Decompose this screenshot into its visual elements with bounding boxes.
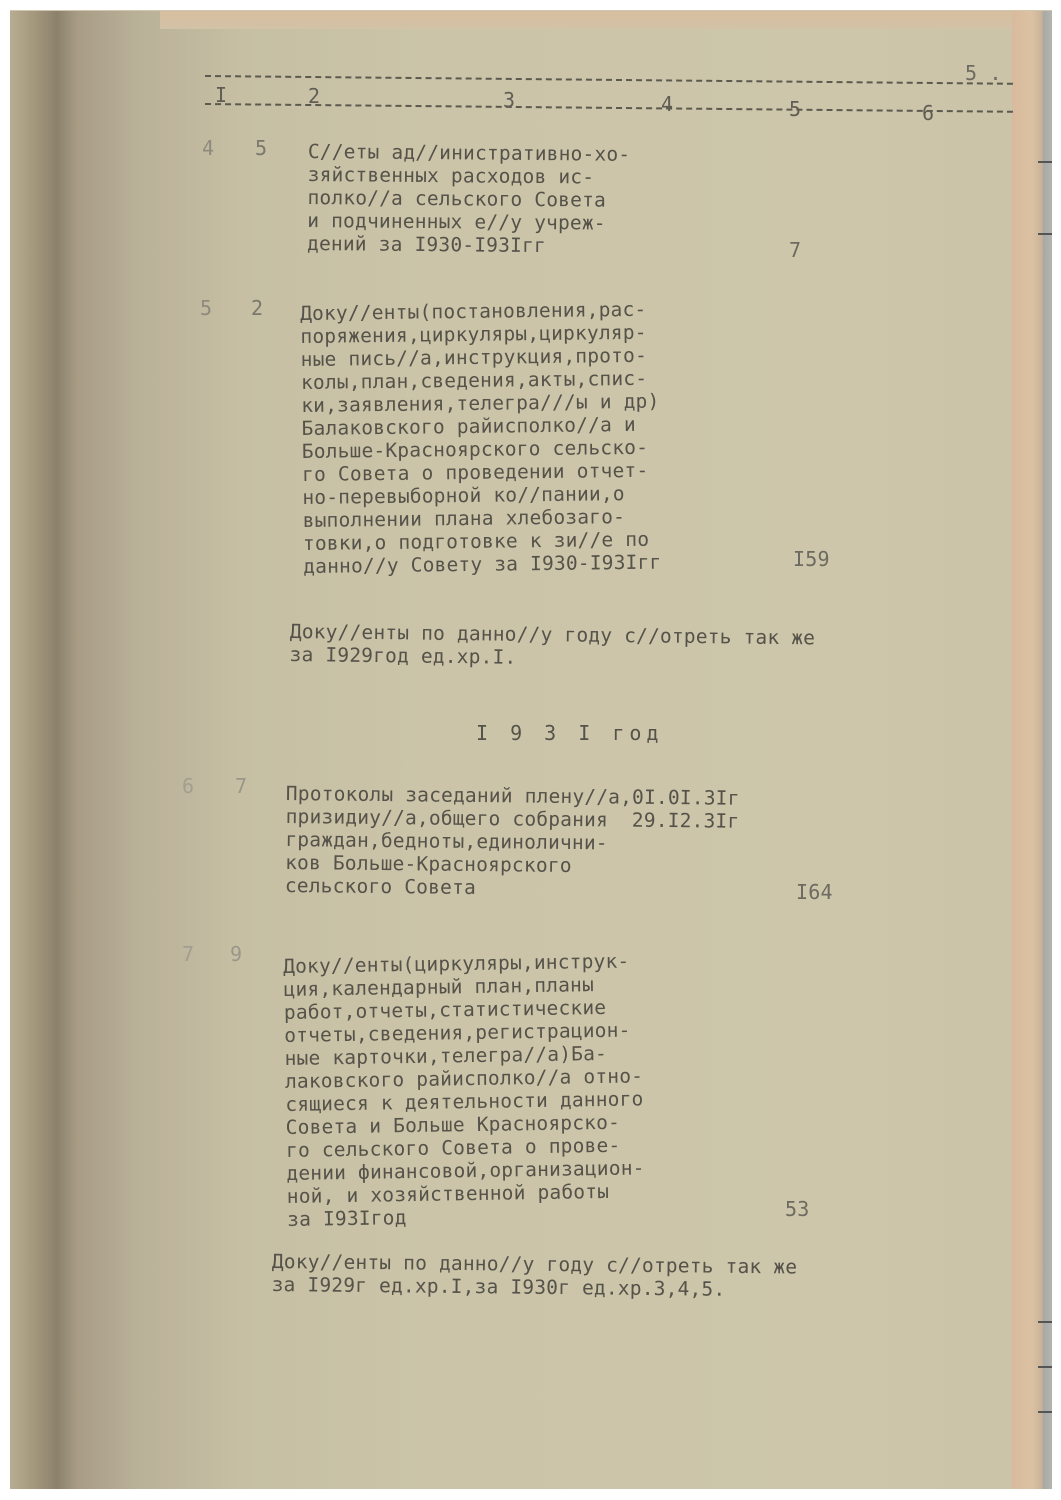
- column-header-6: 6: [922, 102, 934, 125]
- entry-file-number: 2: [251, 297, 263, 320]
- cross-reference-note: Доку//енты по данно//у году с//отреть та…: [272, 1250, 798, 1301]
- description-line: зяйственных расходов ис-: [308, 163, 631, 189]
- entry-row-number: 4: [202, 137, 214, 160]
- entry-row-number: 7: [182, 943, 194, 966]
- column-header-5: 5: [789, 98, 801, 121]
- description-line: сельского Совета: [285, 874, 739, 902]
- description-line: дений за I930-I93Iгг: [307, 232, 630, 258]
- column-header-4: 4: [661, 93, 673, 116]
- entry-file-number: 9: [230, 943, 242, 966]
- entry-description: Протоколы заседаний плену//а,0I.0I.3Iг п…: [285, 782, 740, 902]
- column-header-3: 3: [503, 89, 515, 112]
- column-header-1: I: [215, 84, 227, 107]
- entry-sheet-count: I64: [796, 881, 833, 904]
- entry-row-number: 6: [182, 775, 194, 798]
- page-top-edge: [160, 11, 1012, 29]
- entry-sheet-count: 53: [785, 1198, 809, 1221]
- column-header-2: 2: [308, 85, 320, 108]
- year-heading: I 9 3 I год: [476, 722, 663, 745]
- entry-description: С//еты ад//инистративно-хо- зяйственных …: [307, 140, 630, 258]
- description-line: полко//а сельского Совета: [307, 186, 630, 212]
- description-line: С//еты ад//инистративно-хо-: [308, 140, 631, 166]
- entry-file-number: 7: [235, 775, 247, 798]
- entry-row-number: 5: [200, 297, 212, 320]
- cross-reference-note: Доку//енты по данно//у году с//отреть та…: [289, 620, 815, 672]
- description-line: и подчиненных е//у учреж-: [307, 209, 630, 235]
- entry-sheet-count: I59: [793, 548, 830, 571]
- entry-description: Доку//енты(постановления,рас- поряжения,…: [300, 298, 662, 578]
- description-line: данно//у Совету за I930-I93Iгг: [303, 551, 661, 578]
- binder-edge: [1012, 11, 1052, 1489]
- entry-sheet-count: 7: [789, 239, 801, 262]
- entry-description: Доку//енты(циркуляры,инструк- ция,календ…: [283, 949, 645, 1231]
- entry-file-number: 5: [255, 137, 267, 160]
